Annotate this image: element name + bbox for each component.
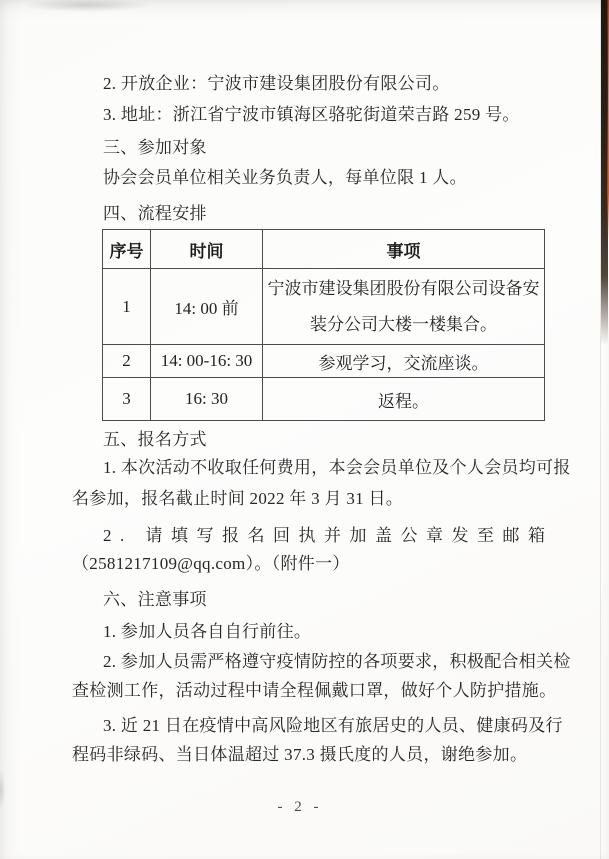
cell-row3-item: 返程。 [263,378,545,421]
line-note-3a: 3. 近 21 日在疫情中高风险地区有旅居史的人员、健康码及行 [103,716,563,736]
heading-section-3-participants: 三、参加对象 [103,138,207,158]
line-participants-detail: 协会会员单位相关业务负责人，每单位限 1 人。 [103,168,467,188]
cell-row1-item: 宁波市建设集团股份有限公司设备安 装分公司大楼一楼集合。 [263,269,545,345]
table-row: 3 16: 30 返程。 [103,378,545,421]
line-registration-2a: 2. 请填写报名回执并加盖公章发至邮箱 [103,526,554,546]
table-header-item: 事项 [263,230,545,269]
line-open-enterprise: 2. 开放企业：宁波市建设集团股份有限公司。 [103,74,450,94]
cell-row3-time: 16: 30 [151,378,263,421]
line-registration-1a: 1. 本次活动不收取任何费用，本会会员单位及个人会员均可报 [103,458,571,478]
cell-row1-item-line1: 宁波市建设集团股份有限公司设备安 [263,271,544,307]
line-address: 3. 地址：浙江省宁波市镇海区骆驼街道荣吉路 259 号。 [103,105,520,125]
table-row: 1 14: 00 前 宁波市建设集团股份有限公司设备安 装分公司大楼一楼集合。 [103,269,545,345]
cell-row1-number: 1 [103,269,151,345]
heading-section-6-notes: 六、注意事项 [103,590,207,610]
table-row: 2 14: 00-16: 30 参观学习，交流座谈。 [103,345,545,378]
page-number: - 2 - [0,799,600,816]
line-note-3b: 程码非绿码、当日体温超过 37.3 摄氏度的人员，谢绝参加。 [72,745,527,765]
line-note-2b: 查检测工作，活动过程中请全程佩戴口罩，做好个人防护措施。 [72,681,556,701]
table-header-time: 时间 [151,230,263,269]
cell-row1-item-line2: 装分公司大楼一楼集合。 [263,307,544,343]
heading-section-4-schedule: 四、流程安排 [103,204,207,224]
cell-row2-number: 2 [103,345,151,378]
cell-row1-time: 14: 00 前 [151,269,263,345]
table-header-number: 序号 [103,230,151,269]
cell-row2-item: 参观学习，交流座谈。 [263,345,545,378]
cell-row2-time: 14: 00-16: 30 [151,345,263,378]
scan-smudge-left-artifact [0,770,5,810]
line-registration-1b: 名参加，报名截止时间 2022 年 3 月 31 日。 [72,489,403,509]
heading-section-5-registration: 五、报名方式 [103,430,207,450]
line-registration-email: （2581217109@qq.com）。（附件一） [72,554,350,574]
line-note-2a: 2. 参加人员需严格遵守疫情防控的各项要求，积极配合相关检 [103,652,571,672]
scanned-document-page: 2. 开放企业：宁波市建设集团股份有限公司。 3. 地址：浙江省宁波市镇海区骆驼… [0,0,609,859]
schedule-table: 序号 时间 事项 1 14: 00 前 宁波市建设集团股份有限公司设备安 装分公… [102,229,545,421]
scan-smudge-top-artifact [22,0,152,12]
cell-row3-number: 3 [103,378,151,421]
line-note-1: 1. 参加人员各自自行前往。 [103,622,311,642]
